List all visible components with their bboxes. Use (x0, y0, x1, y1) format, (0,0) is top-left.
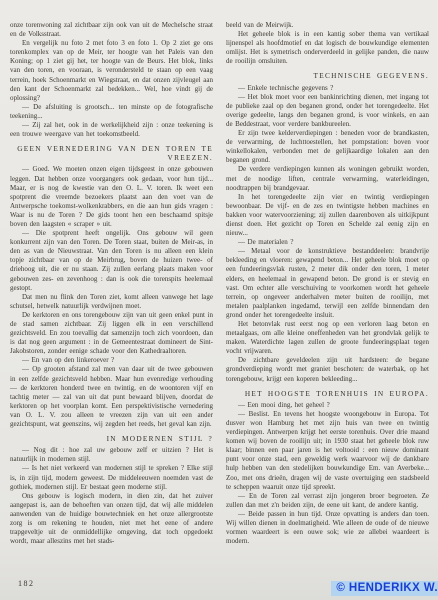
section-heading: HET HOOGSTE TORENHUIS IN EUROPA. (226, 389, 429, 398)
paragraph: — En van op den linkeroever ? (10, 356, 213, 365)
paragraph: — En de Toren zal verrast zijn jongeren … (226, 492, 429, 510)
paragraph: — Een mooi ding, het geheel ? (226, 401, 429, 410)
paragraph: — Nog dit : hoe zal uw gebouw zelf er ui… (10, 446, 213, 464)
paragraph: — Het blok moet voor een bankinrichting … (226, 93, 429, 129)
paragraph: — Goed. We moeten onzen eigen tijdsgeest… (10, 165, 213, 229)
paragraph: De kerktoren en ons torengebouw zijn van… (10, 311, 213, 356)
paragraph: In het torengedeelte zijn vier en twinti… (226, 193, 429, 238)
left-column: onze torenwoning zal zichtbaar zijn ook … (10, 21, 213, 546)
paragraph: onze torenwoning zal zichtbaar zijn ook … (10, 21, 213, 39)
paragraph: — Die spotprent heeft ongelijk. Ons gebo… (10, 229, 213, 293)
paragraph: — Zij zal het, ook in de werkelijkheid z… (10, 121, 213, 139)
section-heading: TECHNISCHE GEGEVENS. (226, 71, 429, 80)
paragraph: — Enkele technische gegevens ? (226, 84, 429, 93)
paragraph: Er zijn twee kelderverdiepingen : benede… (226, 129, 429, 165)
paragraph: Het betonvlak rust eerst nog op een verl… (226, 320, 429, 356)
paragraph: Dat men nu flink den Toren ziet, komt al… (10, 293, 213, 311)
section-heading: IN MODERNEN STIJL ? (10, 434, 213, 443)
paragraph: — Is het niet verkeerd van modernen stij… (10, 464, 213, 491)
paragraph: — Beide passen in hun tijd. Onze opvatti… (226, 510, 429, 546)
paragraph: — Metaal voor de konstruktieve bestandde… (226, 247, 429, 320)
document-page: onze torenwoning zal zichtbaar zijn ook … (0, 0, 438, 600)
paragraph: — De materialen ? (226, 238, 429, 247)
paragraph: beeld van de Meirwijk. (226, 21, 429, 30)
section-heading: GEEN VERNEDERING VAN DEN TOREN TE VREEZE… (10, 144, 213, 162)
paragraph: — Op grooten afstand zal men van daar ui… (10, 365, 213, 429)
watermark-stamp: © HENDERIKX W. (331, 581, 438, 596)
paragraph: De verdere verdiepingen kunnen als wonin… (226, 165, 429, 192)
paragraph: — Beslist. En tevens het hoogste woongeb… (226, 410, 429, 492)
paragraph: Het geheele blok is in een kantig sober … (226, 30, 429, 66)
page-number: 182 (18, 579, 35, 588)
right-column: beeld van de Meirwijk.Het geheele blok i… (226, 21, 429, 546)
paragraph: En vergelijk nu foto 2 met foto 3 en fot… (10, 39, 213, 103)
paragraph: — De afsluiting is grootsch... ten minst… (10, 103, 213, 121)
paragraph: Ons gebouw is logisch modern, in dien zi… (10, 492, 213, 547)
text-columns: onze torenwoning zal zichtbaar zijn ook … (0, 0, 438, 546)
paragraph: De zichtbare geveldeelen zijn uit hardst… (226, 356, 429, 383)
